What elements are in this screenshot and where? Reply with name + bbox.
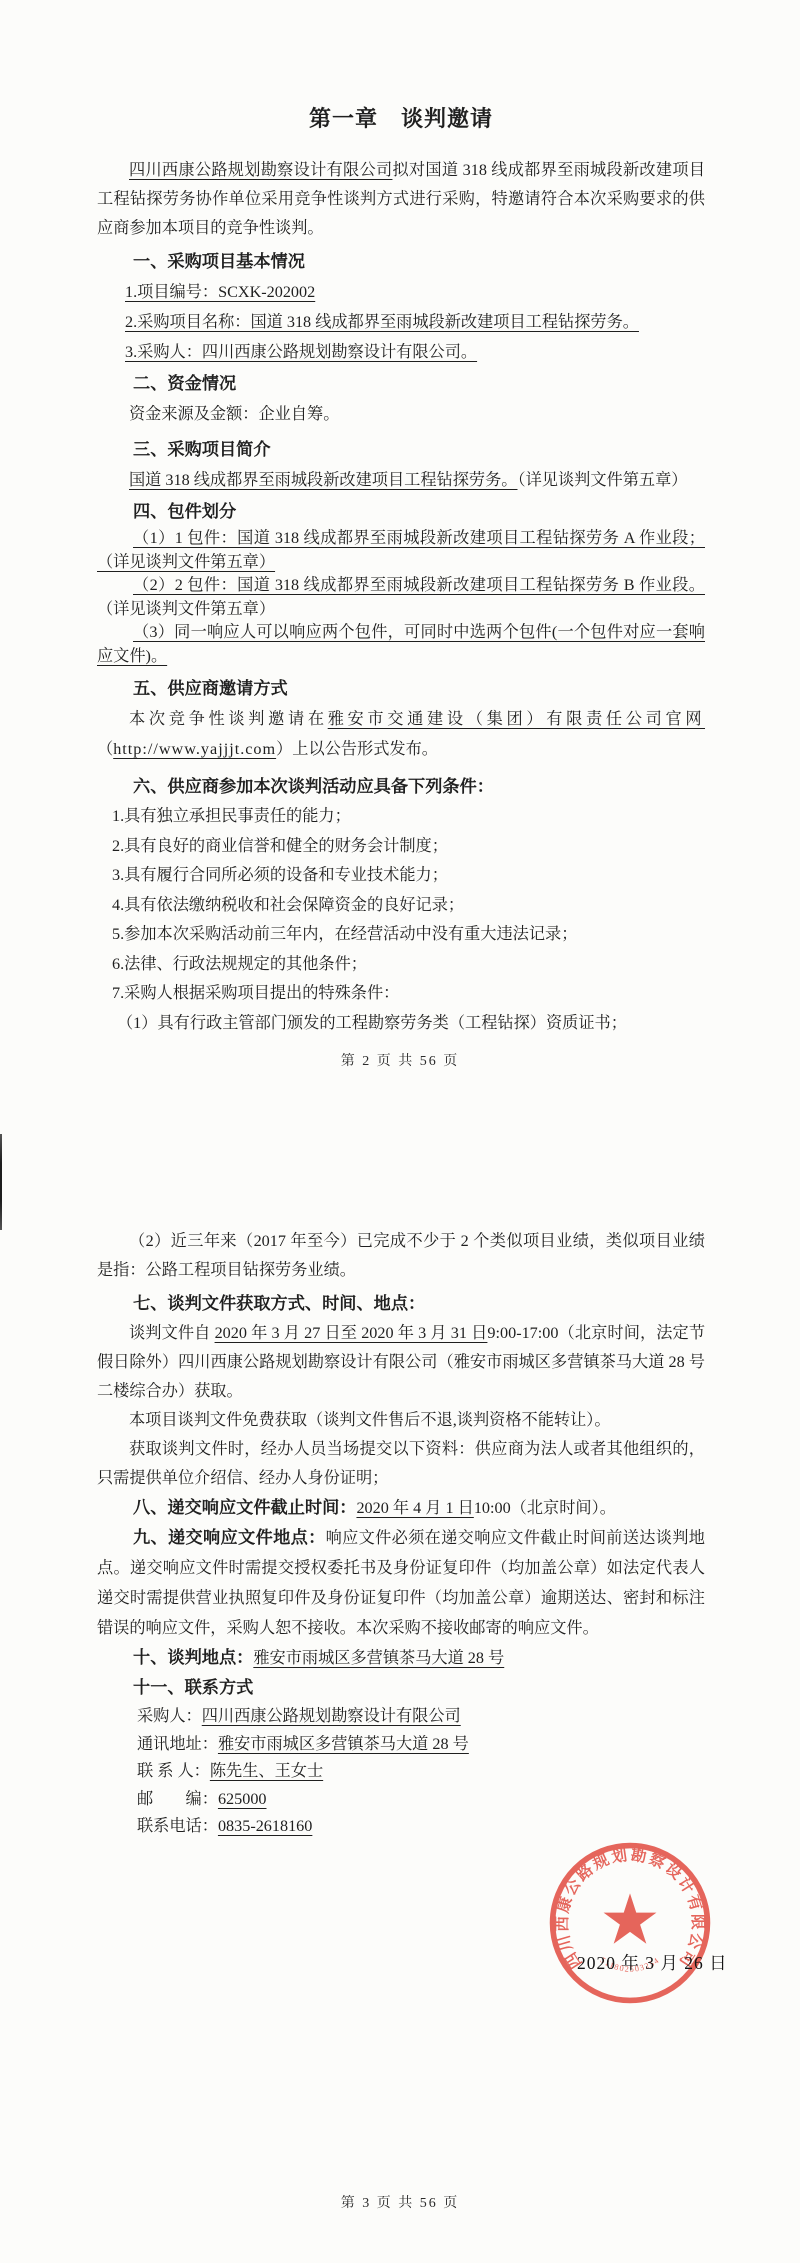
project-brief-text: 国道 318 线成都界至雨城段新改建项目工程钻探劳务。 (129, 471, 518, 489)
intro-paragraph: 四川西康公路规划勘察设计有限公司拟对国道 318 线成都界至雨城段新改建项目工程… (97, 156, 705, 243)
delivery-place-paragraph: 九、递交响应文件地点：响应文件必须在递交响应文件截止时间前送达谈判地点。递交响应… (97, 1523, 705, 1643)
scan-edge-artifact (0, 1134, 2, 1230)
project-number-line: 1.项目编号：SCXK-202002 (125, 277, 705, 307)
paren-open: （ (97, 740, 113, 758)
condition-7-sub-2: （2）近三年来（2017 年至今）已完成不少于 2 个类似项目业绩，类似项目业绩… (97, 1227, 705, 1285)
project-brief-line: 国道 318 线成都界至雨城段新改建项目工程钻探劳务。（详见谈判文件第五章） (97, 465, 705, 495)
condition-7: 7.采购人根据采购项目提出的特殊条件： (112, 979, 705, 1009)
publishing-site-url: http://www.yajjjt.com (113, 740, 276, 758)
section-10-heading: 十、谈判地点： (133, 1648, 253, 1667)
page-3-footer: 第 3 页 共 56 页 (0, 2192, 800, 2212)
section-1-heading: 一、采购项目基本情况 (133, 247, 705, 277)
section-11-heading: 十一、联系方式 (133, 1673, 705, 1703)
contact-zip-label: 邮 编： (137, 1790, 218, 1808)
purchaser-text: 3.采购人：四川西康公路规划勘察设计有限公司。 (125, 343, 477, 361)
funding-line: 资金来源及金额：企业自筹。 (97, 399, 705, 429)
condition-3: 3.具有履行合同所必须的设备和专业技术能力； (112, 861, 705, 891)
scanned-document: 第一章 谈判邀请 四川西康公路规划勘察设计有限公司拟对国道 318 线成都界至雨… (0, 0, 800, 2263)
purchaser-company-name: 四川西康公路规划勘察设计有限公司 (129, 161, 392, 179)
package-1-line: （1）1 包件：国道 318 线成都界至雨城段新改建项目工程钻探劳务 A 作业段… (97, 527, 705, 574)
obtain-lead: 谈判文件自 (129, 1324, 215, 1342)
section-7-heading: 七、谈判文件获取方式、时间、地点： (133, 1289, 705, 1319)
section-6-heading: 六、供应商参加本次谈判活动应具备下列条件： (133, 772, 705, 802)
contact-zip-value: 625000 (218, 1790, 267, 1808)
package-2-ref: （详见谈判文件第五章） (97, 600, 275, 618)
package-3-text: （3）同一响应人可以响应两个包件，可同时中选两个包件(一个包件对应一套响应文件)… (97, 623, 705, 665)
section-2-heading: 二、资金情况 (133, 369, 705, 399)
issue-date: 2020 年 3 月 26 日 (577, 1950, 728, 1975)
invitation-tail: ）上以公告形式发布。 (276, 740, 438, 758)
section-3-heading: 三、采购项目简介 (133, 435, 705, 465)
contact-person-value: 陈先生、王女士 (210, 1762, 323, 1780)
deadline-date: 2020 年 4 月 1 日 (356, 1499, 473, 1517)
condition-1: 1.具有独立承担民事责任的能力； (112, 802, 705, 832)
contact-person-line: 联 系 人：陈先生、王女士 (137, 1758, 705, 1786)
contact-address-value: 雅安市雨城区多营镇茶马大道 28 号 (218, 1735, 469, 1753)
contact-purchaser-value: 四川西康公路规划勘察设计有限公司 (202, 1707, 461, 1725)
package-2-text: （2）2 包件：国道 318 线成都界至雨城段新改建项目工程钻探劳务 B 作业段… (133, 576, 705, 594)
chapter-title: 第一章 谈判邀请 (97, 104, 705, 134)
publishing-site-name: 雅安市交通建设（集团）有限责任公司官网 (328, 710, 705, 728)
contact-phone-label: 联系电话： (137, 1817, 218, 1835)
obtain-materials-paragraph: 获取谈判文件时，经办人员当场提交以下资料：供应商为法人或者其他组织的，只需提供单… (97, 1435, 705, 1493)
invitation-lead: 本次竞争性谈判邀请在 (129, 710, 328, 728)
package-2-line: （2）2 包件：国道 318 线成都界至雨城段新改建项目工程钻探劳务 B 作业段… (97, 574, 705, 621)
seal-graphic: 四川西康公路规划勘察设计有限公司 511802503254 (553, 1845, 708, 2001)
page-2-content: 第一章 谈判邀请 四川西康公路规划勘察设计有限公司拟对国道 318 线成都界至雨… (97, 104, 705, 1038)
section-5-heading: 五、供应商邀请方式 (133, 674, 705, 704)
contact-person-label: 联 系 人： (137, 1762, 210, 1780)
page-3-content: （2）近三年来（2017 年至今）已完成不少于 2 个类似项目业绩，类似项目业绩… (97, 1227, 705, 1841)
obtain-date-range: 2020 年 3 月 27 日至 2020 年 3 月 31 日 (215, 1324, 488, 1342)
page-2-footer: 第 2 页 共 56 页 (0, 1050, 800, 1070)
company-seal-stamp: 四川西康公路规划勘察设计有限公司 511802503254 (543, 1836, 717, 2010)
package-1-text: （1）1 包件：国道 318 线成都界至雨城段新改建项目工程钻探劳务 A 作业段… (97, 529, 705, 571)
doc-obtain-paragraph: 谈判文件自 2020 年 3 月 27 日至 2020 年 3 月 31 日9:… (97, 1319, 705, 1406)
contact-zip-line: 邮 编：625000 (137, 1786, 705, 1814)
project-name-line: 2.采购项目名称：国道 318 线成都界至雨城段新改建项目工程钻探劳务。 (125, 307, 705, 337)
negotiation-place-value: 雅安市雨城区多营镇茶马大道 28 号 (253, 1649, 504, 1667)
negotiation-place-line: 十、谈判地点：雅安市雨城区多营镇茶马大道 28 号 (97, 1643, 705, 1673)
contact-purchaser-line: 采购人：四川西康公路规划勘察设计有限公司 (137, 1703, 705, 1731)
deadline-line: 八、递交响应文件截止时间：2020 年 4 月 1 日10:00（北京时间）。 (97, 1493, 705, 1523)
condition-2: 2.具有良好的商业信誉和健全的财务会计制度； (112, 832, 705, 862)
section-4-heading: 四、包件划分 (133, 497, 705, 527)
purchaser-line: 3.采购人：四川西康公路规划勘察设计有限公司。 (125, 337, 705, 367)
project-number-text: 1.项目编号：SCXK-202002 (125, 283, 315, 301)
invitation-paragraph: 本次竞争性谈判邀请在雅安市交通建设（集团）有限责任公司官网（http://www… (97, 704, 705, 764)
project-name-text: 2.采购项目名称：国道 318 线成都界至雨城段新改建项目工程钻探劳务。 (125, 313, 639, 331)
condition-6: 6.法律、行政法规规定的其他条件； (112, 950, 705, 980)
package-3-line: （3）同一响应人可以响应两个包件，可同时中选两个包件(一个包件对应一套响应文件)… (97, 621, 705, 668)
condition-5: 5.参加本次采购活动前三年内，在经营活动中没有重大违法记录； (112, 920, 705, 950)
star-icon (604, 1893, 657, 1943)
section-9-heading: 九、递交响应文件地点： (133, 1528, 326, 1547)
deadline-time: 10:00（北京时间）。 (474, 1499, 616, 1517)
project-brief-ref: （详见谈判文件第五章） (518, 471, 688, 489)
condition-7-sub-1: （1）具有行政主管部门颁发的工程勘察劳务类（工程钻探）资质证书； (117, 1009, 705, 1039)
contact-phone-value: 0835-2618160 (218, 1817, 312, 1835)
free-obtain-line: 本项目谈判文件免费获取（谈判文件售后不退,谈判资格不能转让）。 (97, 1406, 705, 1435)
section-8-heading: 八、递交响应文件截止时间： (133, 1498, 356, 1517)
condition-4: 4.具有依法缴纳税收和社会保障资金的良好记录； (112, 891, 705, 921)
contact-purchaser-label: 采购人： (137, 1707, 202, 1725)
contact-address-line: 通讯地址：雅安市雨城区多营镇茶马大道 28 号 (137, 1731, 705, 1759)
contact-address-label: 通讯地址： (137, 1735, 218, 1753)
